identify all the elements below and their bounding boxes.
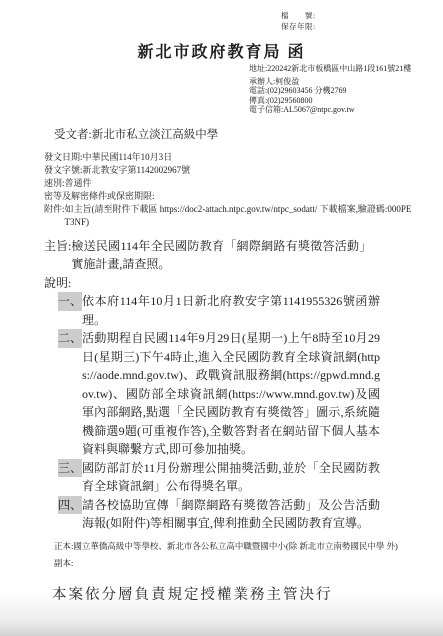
item-3-marker: 三、 [58, 459, 82, 478]
retention-period-label: 保存年限: [281, 21, 443, 32]
agency-contact-block: 地址:220242新北市板橋區中山路1段161號21樓 承辦人:柯俊盈 電話:(… [249, 64, 443, 115]
item-1-text: 依本府114年10月1日新北府教安字第1141955326號函辦理。 [82, 292, 380, 329]
subject-text: 檢送民國114年全民國防教育「網際網路有獎徵答活動」實施計畫,請查照。 [71, 237, 371, 274]
item-3-text: 國防部訂於11月份辦理公開抽獎活動,並於「全民國防教育全球資訊網」公布得獎名單。 [82, 459, 380, 496]
subject-line: 主旨: 檢送民國114年全民國防教育「網際網路有獎徵答活動」實施計畫,請查照。 [44, 237, 443, 274]
subject-label: 主旨: [44, 237, 71, 256]
letter-body: 主旨: 檢送民國114年全民國防教育「網際網路有獎徵答活動」實施計畫,請查照。 … [44, 237, 443, 533]
document-meta-block: 發文日期:中華民國114年10月3日 發文字號:新北教安字第1142002967… [44, 151, 430, 229]
distribution-block: 正本: 國立華僑高級中等學校、新北市各公私立高中職暨國中小(除 新北市立南勢國民… [54, 541, 443, 570]
item-1-marker: 一、 [58, 292, 82, 311]
attachment-text: 如主旨(請至附件下載區 https://doc2-attach.ntpc.gov… [65, 203, 417, 229]
doc-number-line: 發文字號:新北教安字第1142002967號 [44, 164, 430, 177]
item-2-marker: 二、 [58, 329, 82, 348]
recipient-line: 受文者:新北市私立淡江高級中學 [54, 126, 443, 142]
item-4-marker: 四、 [58, 496, 82, 515]
attachment-line: 附件: 如主旨(請至附件下載區 https://doc2-attach.ntpc… [44, 203, 430, 229]
item-4-text: 請各校協助宣傳「網際網路有獎徵答活動」及公告活動海報(如附件)等相關事宜,俾利推… [82, 496, 380, 533]
explanation-item-2: 二、 活動期程自民國114年9月29日(星期一)上午8時至10月29日(星期三)… [58, 329, 443, 459]
security-classification-line: 密等及解密條件或保密期限: [44, 190, 430, 203]
delivery-speed-line: 速別:普通件 [44, 177, 430, 190]
agency-address: 地址:220242新北市板橋區中山路1段161號21樓 [249, 64, 443, 74]
explanation-item-1: 一、 依本府114年10月1日新北府教安字第1141955326號函辦理。 [58, 292, 443, 329]
authorization-note: 本案依分層負責規定授權業務主管決行 [52, 583, 443, 604]
issue-date-line: 發文日期:中華民國114年10月3日 [44, 151, 430, 164]
original-copy-label: 正本: [54, 541, 73, 553]
explanation-item-4: 四、 請各校協助宣傳「網際網路有獎徵答活動」及公告活動海報(如附件)等相關事宜,… [58, 496, 443, 533]
contact-email: 電子信箱:AL5067@ntpc.gov.tw [249, 105, 443, 115]
contact-person: 承辦人:柯俊盈 [249, 77, 443, 87]
original-copy-text: 國立華僑高級中等學校、新北市各公私立高中職暨國中小(除 新北市立南勢國民中學 外… [73, 541, 403, 553]
file-number-label: 檔 號: [281, 10, 443, 21]
carbon-copy-label: 副本: [54, 558, 443, 570]
agency-contact-details: 承辦人:柯俊盈 電話:(02)29603456 分機2769 傳真:(02)29… [249, 77, 443, 115]
contact-phone: 電話:(02)29603456 分機2769 [249, 86, 443, 96]
explanation-item-3: 三、 國防部訂於11月份辦理公開抽獎活動,並於「全民國防教育全球資訊網」公布得獎… [58, 459, 443, 496]
explanation-label: 說明: [44, 274, 443, 293]
item-2-text: 活動期程自民國114年9月29日(星期一)上午8時至10月29日(星期三)下午4… [82, 329, 380, 459]
file-number-block: 檔 號: 保存年限: [281, 10, 443, 32]
official-letter-page: 檔 號: 保存年限: 新北市政府教育局 函 地址:220242新北市板橋區中山路… [0, 0, 443, 636]
attachment-label: 附件: [44, 203, 65, 216]
contact-fax: 傳真:(02)29560800 [249, 96, 443, 106]
document-title: 新北市政府教育局 函 [0, 39, 443, 62]
original-copy-line: 正本: 國立華僑高級中等學校、新北市各公私立高中職暨國中小(除 新北市立南勢國民… [54, 541, 443, 553]
